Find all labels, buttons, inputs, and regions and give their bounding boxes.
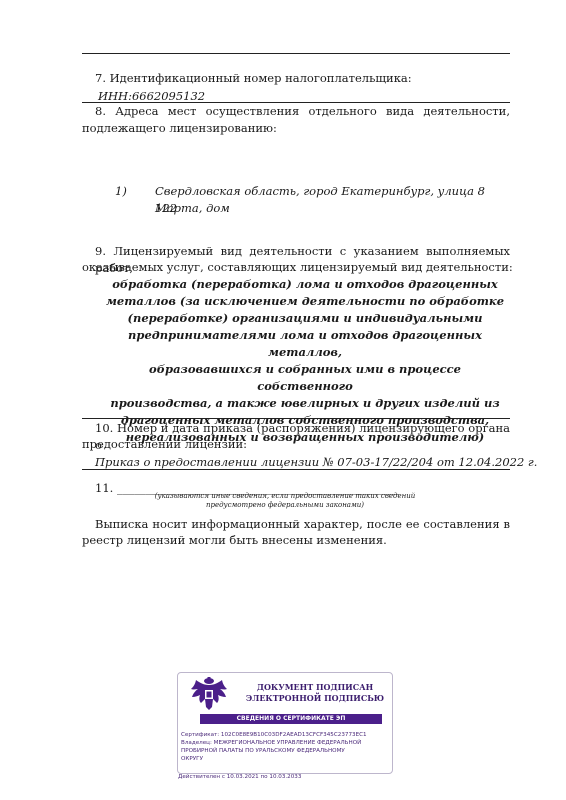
- section10-label-line2: предоставлении лицензии:: [82, 436, 247, 453]
- section11-note: (указываются иные сведения, если предост…: [140, 492, 430, 510]
- certificate-owner-line3: ОКРУГУ: [181, 755, 391, 763]
- order-underline: [82, 469, 510, 470]
- disclaimer-line2: реестр лицензий могли быть внесены измен…: [82, 532, 387, 549]
- certificate-info: Сертификат: 102C0E8E9B10C03DF2AEAD13CFCF…: [181, 731, 391, 763]
- double-headed-eagle-icon: [190, 677, 228, 711]
- address-line2: 122: [155, 200, 177, 217]
- certificate-number: Сертификат: 102C0E8E9B10C03DF2AEAD13CFCF…: [181, 731, 391, 739]
- certificate-info-bar: СВЕДЕНИЯ О СЕРТИФИКАТЕ ЭП: [200, 714, 382, 724]
- certificate-validity: Действителен с 10.03.2021 по 10.03.2033: [178, 774, 301, 780]
- inn-label: 7. Идентификационный номер налогоплатель…: [95, 70, 412, 87]
- address-line1: Свердловская область, город Екатеринбург…: [155, 183, 513, 217]
- certificate-owner-line2: ПРОБИРНОЙ ПАЛАТЫ ПО УРАЛЬСКОМУ ФЕДЕРАЛЬН…: [181, 747, 391, 755]
- section8-label-line2: подлежащего лицензированию:: [82, 120, 277, 137]
- stamp-title: ДОКУМЕНТ ПОДПИСАН ЭЛЕКТРОННОЙ ПОДПИСЬЮ: [240, 682, 390, 704]
- electronic-signature-stamp: ДОКУМЕНТ ПОДПИСАН ЭЛЕКТРОННОЙ ПОДПИСЬЮ С…: [177, 672, 393, 774]
- disclaimer-line1: Выписка носит информационный характер, п…: [95, 516, 510, 533]
- certificate-owner-line1: Владелец: МЕЖРЕГИОНАЛЬНОЕ УПРАВЛЕНИЕ ФЕД…: [181, 739, 391, 747]
- section8-label-line1: 8. Адреса мест осуществления отдельного …: [95, 103, 510, 120]
- address-number: 1): [115, 183, 127, 200]
- section9-label-line2: оказываемых услуг, составляющих лицензир…: [82, 259, 513, 276]
- section10-top-rule: [82, 418, 510, 419]
- top-rule: [82, 53, 510, 54]
